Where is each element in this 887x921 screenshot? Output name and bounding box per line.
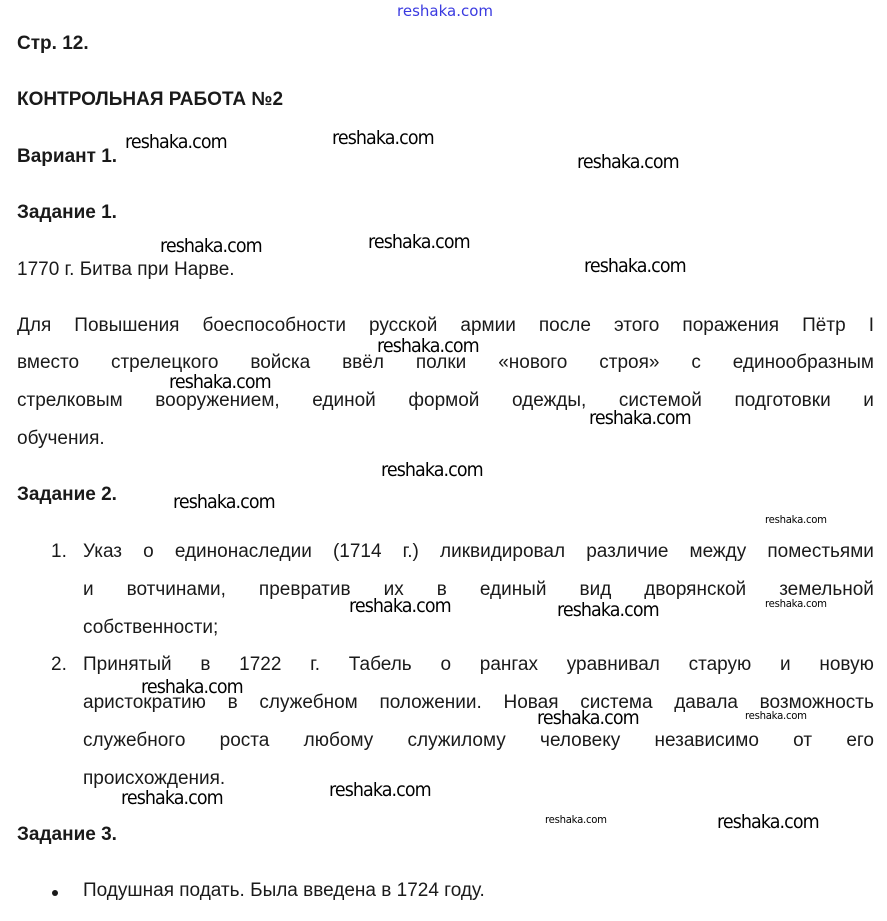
list-item-number: 1. — [51, 541, 67, 563]
watermark: reshaka.com — [545, 813, 607, 826]
list-item-number: 2. — [51, 654, 67, 676]
watermark: reshaka.com — [329, 779, 431, 801]
watermark: reshaka.com — [381, 459, 483, 481]
watermark: reshaka.com — [765, 597, 827, 610]
list-item-line: Принятыйв1722г.Табельорангахуравнивалста… — [83, 654, 874, 676]
header-watermark: reshaka.com — [397, 2, 493, 20]
bullet-icon — [52, 890, 58, 896]
watermark: reshaka.com — [537, 707, 639, 729]
paragraph-line: ДляПовышениябоеспособностирусскойармиипо… — [17, 315, 874, 337]
watermark: reshaka.com — [121, 787, 223, 809]
watermark: reshaka.com — [377, 335, 479, 357]
list-item-line: собственности; — [83, 617, 218, 639]
watermark: reshaka.com — [368, 231, 470, 253]
task-1-heading: Задание 1. — [17, 202, 117, 224]
task-2-heading: Задание 2. — [17, 484, 117, 506]
watermark: reshaka.com — [557, 599, 659, 621]
page-label: Стр. 12. — [17, 33, 89, 55]
watermark: reshaka.com — [717, 811, 819, 833]
variant-heading: Вариант 1. — [17, 146, 117, 168]
bullet-item: Подушная подать. Была введена в 1724 год… — [83, 880, 485, 902]
task-1-answer: 1770 г. Битва при Нарве. — [17, 259, 235, 281]
watermark: reshaka.com — [589, 407, 691, 429]
watermark: reshaka.com — [141, 676, 243, 698]
task-3-heading: Задание 3. — [17, 824, 117, 846]
list-item-line: Указоединонаследии(1714г.)ликвидировалра… — [83, 541, 874, 563]
watermark: reshaka.com — [332, 127, 434, 149]
list-item-line: ивотчинами,превративихвединыйвиддворянск… — [83, 579, 874, 601]
watermark: reshaka.com — [160, 235, 262, 257]
paragraph-line: обучения. — [17, 428, 105, 450]
watermark: reshaka.com — [169, 371, 271, 393]
page-title: КОНТРОЛЬНАЯ РАБОТА №2 — [17, 89, 283, 111]
list-item-line: служебногоросталюбомуслужиломучеловекуне… — [83, 730, 874, 752]
paragraph-line: стрелковымвооружением,единойформойодежды… — [17, 390, 874, 412]
watermark: reshaka.com — [577, 151, 679, 173]
watermark: reshaka.com — [173, 491, 275, 513]
watermark: reshaka.com — [745, 709, 807, 722]
watermark: reshaka.com — [125, 131, 227, 153]
watermark: reshaka.com — [349, 595, 451, 617]
watermark: reshaka.com — [765, 513, 827, 526]
watermark: reshaka.com — [584, 255, 686, 277]
